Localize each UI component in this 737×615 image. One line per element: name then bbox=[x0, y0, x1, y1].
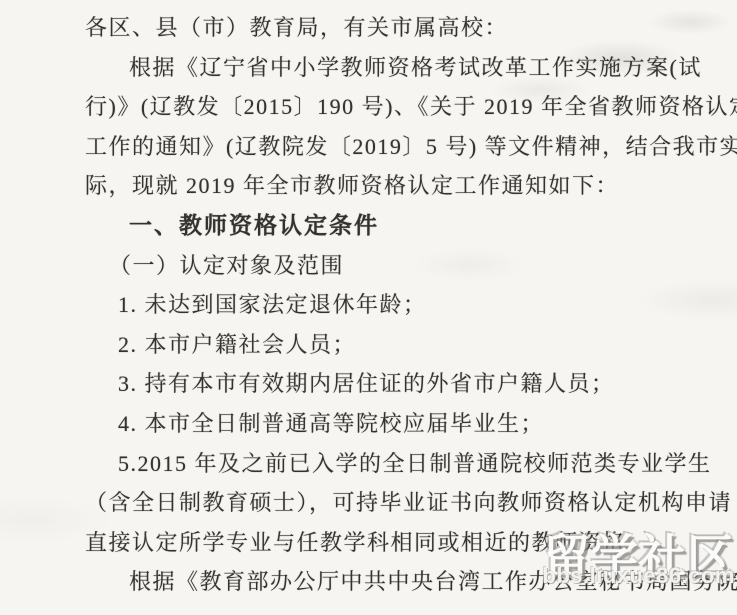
section-heading: 一、教师资格认定条件 bbox=[85, 206, 737, 246]
notice-body: 各区、县（市）教育局，有关市属高校： 根据《辽宁省中小学教师资格考试改革工作实施… bbox=[85, 8, 737, 602]
list-item-5-line-2: （含全日制教育硕士），可持毕业证书向教师资格认定机构申请 bbox=[85, 483, 737, 523]
list-item-3: 3. 持有本市有效期内居住证的外省市户籍人员； bbox=[85, 364, 737, 404]
salutation-line: 各区、县（市）教育局，有关市属高校： bbox=[85, 8, 737, 48]
list-item-2: 2. 本市户籍社会人员； bbox=[85, 325, 737, 365]
intro-line-4: 际，现就 2019 年全市教师资格认定工作通知如下： bbox=[85, 166, 737, 206]
intro-line-3: 工作的通知》(辽教院发〔2019〕5 号) 等文件精神，结合我市实 bbox=[85, 127, 737, 167]
intro-line-2: 行)》(辽教发〔2015〕190 号)、《关于 2019 年全省教师资格认定 bbox=[85, 87, 737, 127]
subsection-heading: （一）认定对象及范围 bbox=[85, 246, 737, 286]
intro-line-1: 根据《辽宁省中小学教师资格考试改革工作实施方案(试 bbox=[85, 48, 737, 88]
scanned-notice-page: 各区、县（市）教育局，有关市属高校： 根据《辽宁省中小学教师资格考试改革工作实施… bbox=[0, 0, 737, 615]
list-item-5-line-1: 5.2015 年及之前已入学的全日制普通院校师范类专业学生 bbox=[85, 444, 737, 484]
list-item-1: 1. 未达到国家法定退休年龄； bbox=[85, 285, 737, 325]
list-item-4: 4. 本市全日制普通高等院校应届毕业生； bbox=[85, 404, 737, 444]
closing-paragraph-line: 根据《教育部办公厅中共中央台湾工作办公室秘书局国务院 bbox=[85, 562, 737, 602]
list-item-5-line-3: 直接认定所学专业与任教学科相同或相近的教师资格 bbox=[85, 523, 737, 563]
